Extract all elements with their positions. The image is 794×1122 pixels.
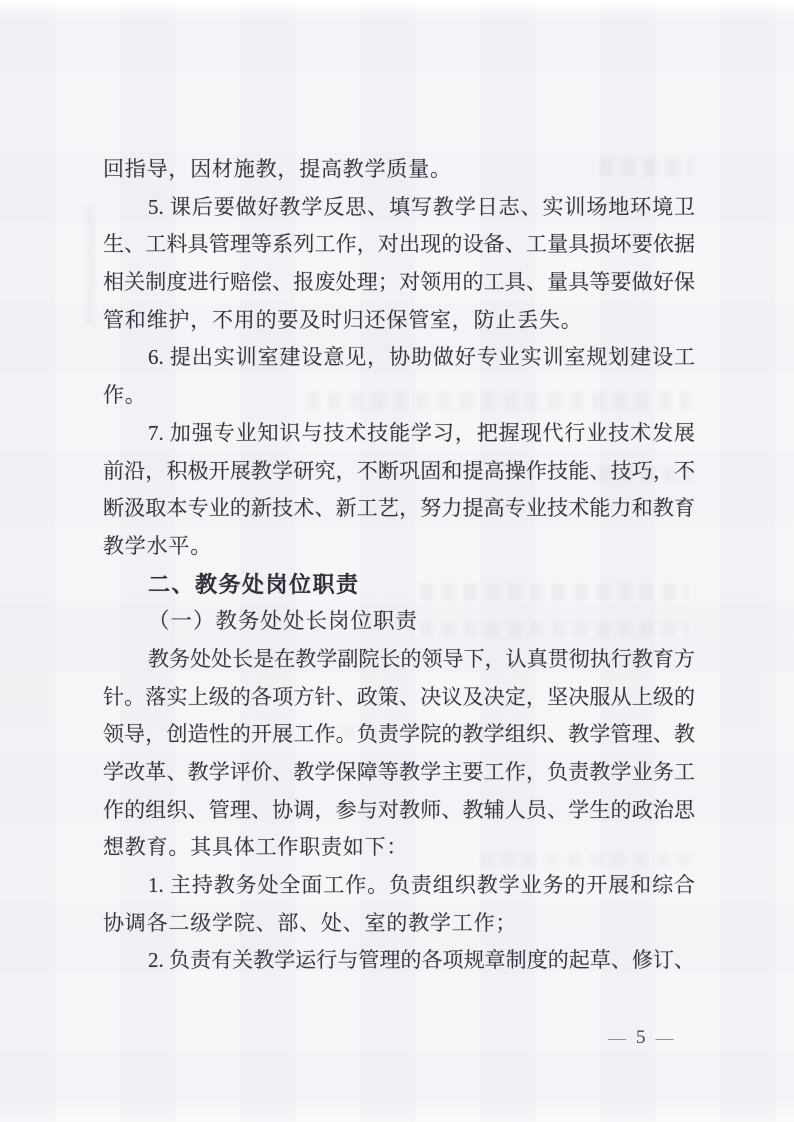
page-number-value: 5 bbox=[636, 1027, 646, 1049]
text-line: 领导，创造性的开展工作。负责学院的教学组织、教学管理、教 bbox=[103, 716, 695, 754]
text-line: 2. 负责有关教学运行与管理的各项规章制度的起草、修订、 bbox=[103, 942, 695, 980]
text-line: 作。 bbox=[103, 377, 695, 415]
text-line: 教学水平。 bbox=[103, 528, 695, 566]
page-top-edge bbox=[0, 0, 794, 14]
text-line: 7. 加强专业知识与技术技能学习，把握现代行业技术发展 bbox=[103, 415, 695, 453]
text-line: 前沿，积极开展教学研究，不断巩固和提高操作技能、技巧，不 bbox=[103, 453, 695, 491]
text-line: 6. 提出实训室建设意见，协助做好专业实训室规划建设工 bbox=[103, 339, 695, 377]
bleed-through-mark bbox=[86, 206, 95, 324]
subsection-heading: （一）教务处处长岗位职责 bbox=[103, 603, 695, 641]
page-number-dash: — bbox=[656, 1028, 674, 1049]
text-line: 教务处处长是在教学副院长的领导下，认真贯彻执行教育方 bbox=[103, 641, 695, 679]
text-line: 针。落实上级的各项方针、政策、决议及决定，坚决服从上级的 bbox=[103, 679, 695, 717]
text-line: 回指导，因材施教，提高教学质量。 bbox=[103, 151, 695, 189]
text-line: 生、工料具管理等系列工作，对出现的设备、工量具损坏要依据 bbox=[103, 226, 695, 264]
page-number: — 5 — bbox=[608, 1026, 674, 1050]
text-line: 作的组织、管理、协调，参与对教师、教辅人员、学生的政治思 bbox=[103, 792, 695, 830]
page-number-dash: — bbox=[608, 1028, 626, 1049]
text-block: 回指导，因材施教，提高教学质量。5. 课后要做好教学反思、填写教学日志、实训场地… bbox=[103, 151, 695, 980]
text-line: 想教育。其具体工作职责如下： bbox=[103, 829, 695, 867]
text-line: 断汲取本专业的新技术、新工艺，努力提高专业技术能力和教育 bbox=[103, 490, 695, 528]
text-line: 学改革、教学评价、教学保障等教学主要工作，负责教学业务工 bbox=[103, 754, 695, 792]
text-line: 管和维护，不用的要及时归还保管室，防止丢失。 bbox=[103, 302, 695, 340]
text-line: 1. 主持教务处全面工作。负责组织教学业务的开展和综合 bbox=[103, 867, 695, 905]
text-line: 相关制度进行赔偿、报废处理；对领用的工具、量具等要做好保 bbox=[103, 264, 695, 302]
text-line: 5. 课后要做好教学反思、填写教学日志、实训场地环境卫 bbox=[103, 189, 695, 227]
section-heading: 二、教务处岗位职责 bbox=[103, 566, 695, 604]
text-line: 协调各二级学院、部、处、室的教学工作； bbox=[103, 905, 695, 943]
document-page: 回指导，因材施教，提高教学质量。5. 课后要做好教学反思、填写教学日志、实训场地… bbox=[0, 0, 794, 1122]
